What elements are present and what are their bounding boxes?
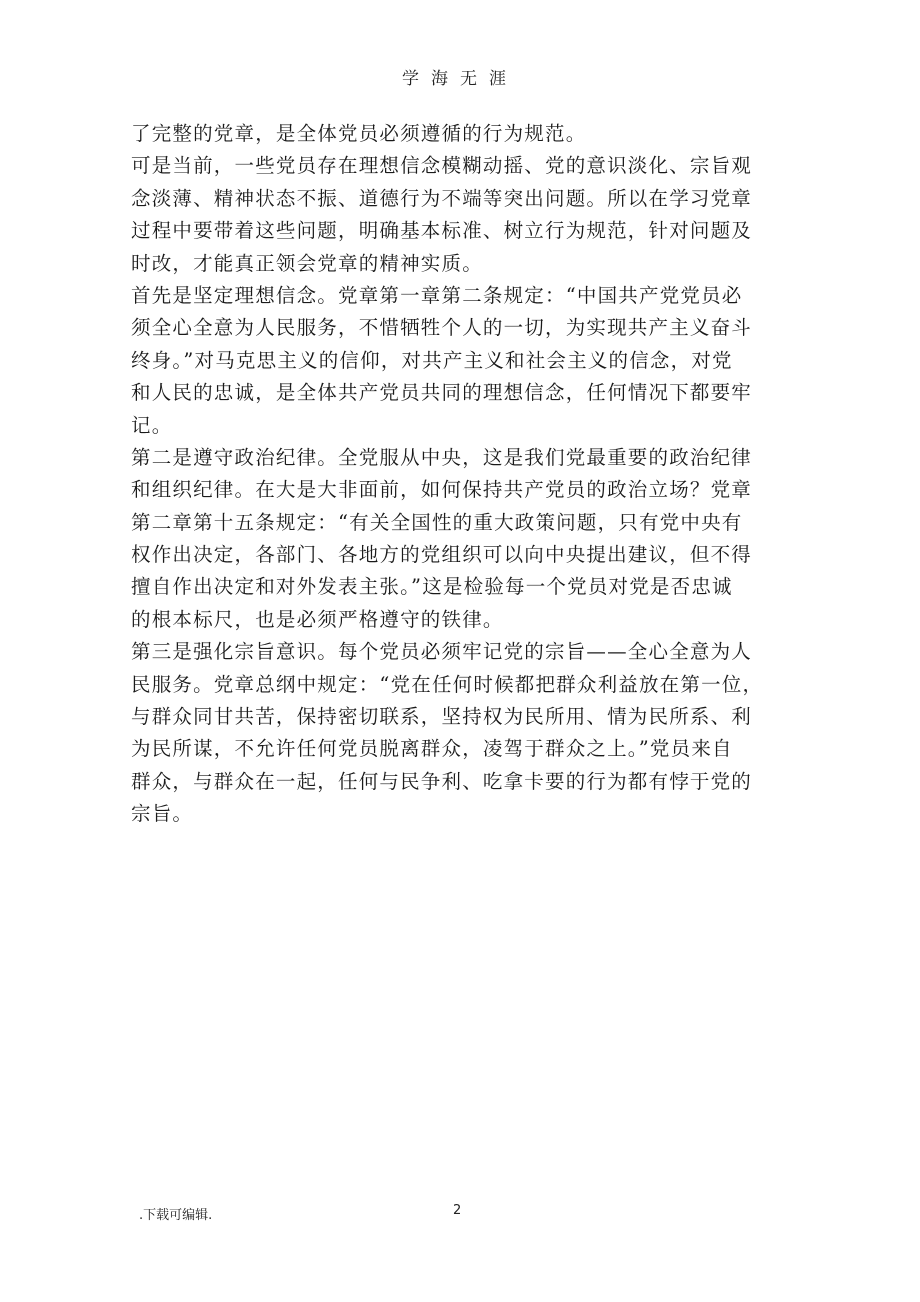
text-line: 记。	[131, 410, 781, 442]
text-line: 和组织纪律。在大是大非面前，如何保持共产党员的政治立场？党章	[131, 474, 781, 506]
paragraph: 了完整的党章，是全体党员必须遵循的行为规范。	[131, 118, 781, 150]
text-line: 念淡薄、精神状态不振、道德行为不端等突出问题。所以在学习党章	[131, 183, 781, 215]
text-line: 的根本标尺，也是必须严格遵守的铁律。	[131, 604, 781, 636]
text-line: 首先是坚定理想信念。党章第一章第二条规定：“中国共产党党员必	[131, 280, 781, 312]
paragraph: 第三是强化宗旨意识。每个党员必须牢记党的宗旨——全心全意为人 民服务。党章总纲中…	[131, 636, 781, 830]
text-line: 民服务。党章总纲中规定：“党在任何时候都把群众利益放在第一位，	[131, 669, 781, 701]
text-line: 群众，与群众在一起，任何与民争利、吃拿卡要的行为都有悖于党的	[131, 766, 781, 798]
text-line: 为民所谋，不允许任何党员脱离群众，凌驾于群众之上。”党员来自	[131, 733, 781, 765]
text-line: 擅自作出决定和对外发表主张。”这是检验每一个党员对党是否忠诚	[131, 571, 781, 603]
page-header-title: 学海无涯	[0, 64, 920, 89]
text-line: 第二章第十五条规定：“有关全国性的重大政策问题，只有党中央有	[131, 507, 781, 539]
text-line: 权作出决定，各部门、各地方的党组织可以向中央提出建议，但不得	[131, 539, 781, 571]
text-line: 可是当前，一些党员存在理想信念模糊动摇、党的意识淡化、宗旨观	[131, 150, 781, 182]
text-line: 宗旨。	[131, 798, 781, 830]
text-line: 过程中要带着这些问题，明确基本标准、树立行为规范，针对问题及	[131, 215, 781, 247]
text-line: 与群众同甘共苦，保持密切联系，坚持权为民所用、情为民所系、利	[131, 701, 781, 733]
paragraph: 第二是遵守政治纪律。全党服从中央，这是我们党最重要的政治纪律 和组织纪律。在大是…	[131, 442, 781, 636]
footer-note: .下载可编辑.	[139, 1204, 212, 1223]
text-line: 第三是强化宗旨意识。每个党员必须牢记党的宗旨——全心全意为人	[131, 636, 781, 668]
text-line: 和人民的忠诚，是全体共产党员共同的理想信念，任何情况下都要牢	[131, 377, 781, 409]
document-body: 了完整的党章，是全体党员必须遵循的行为规范。 可是当前，一些党员存在理想信念模糊…	[131, 118, 781, 831]
page-number: 2	[453, 1203, 461, 1218]
paragraph: 可是当前，一些党员存在理想信念模糊动摇、党的意识淡化、宗旨观 念淡薄、精神状态不…	[131, 150, 781, 280]
paragraph: 首先是坚定理想信念。党章第一章第二条规定：“中国共产党党员必 须全心全意为人民服…	[131, 280, 781, 442]
text-line: 时改，才能真正领会党章的精神实质。	[131, 248, 781, 280]
text-line: 须全心全意为人民服务，不惜牺牲个人的一切，为实现共产主义奋斗	[131, 312, 781, 344]
text-line: 第二是遵守政治纪律。全党服从中央，这是我们党最重要的政治纪律	[131, 442, 781, 474]
text-line: 终身。”对马克思主义的信仰，对共产主义和社会主义的信念，对党	[131, 345, 781, 377]
text-line: 了完整的党章，是全体党员必须遵循的行为规范。	[131, 118, 781, 150]
